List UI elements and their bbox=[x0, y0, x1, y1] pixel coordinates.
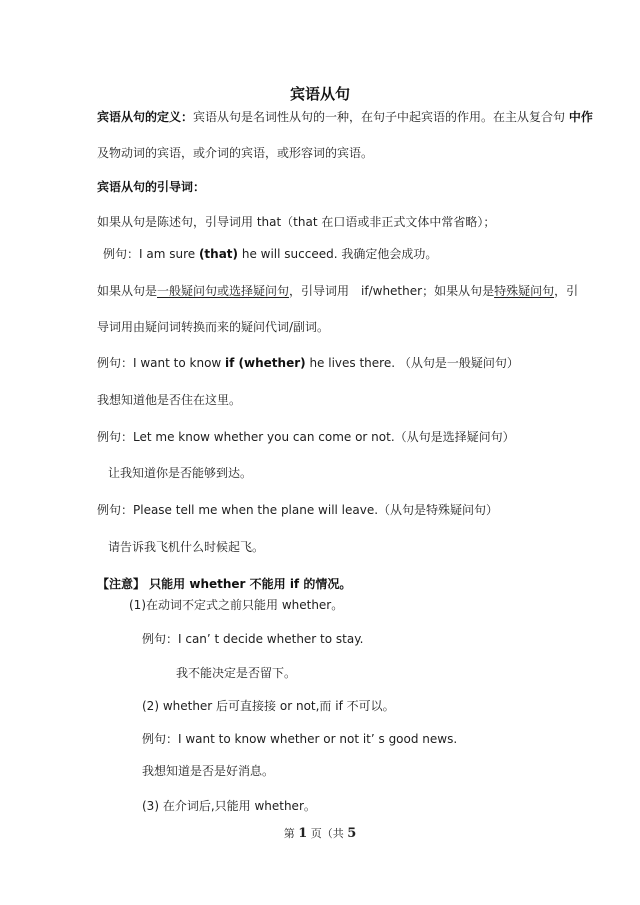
definition-label: 宾语从句的定义： bbox=[97, 110, 193, 124]
example-that: 例句：I am sure (that) he will succeed. 我确定… bbox=[103, 246, 437, 262]
example-if: 例句：I want to know if (whether) he lives … bbox=[97, 355, 519, 371]
rule-if-whether-line-1: 如果从句是一般疑问句或选择疑问句，引导词用 if/whether；如果从句是特殊… bbox=[97, 283, 578, 299]
intro-heading: 宾语从句的引导词： bbox=[97, 179, 205, 195]
footer-total-pages: 5 bbox=[347, 826, 356, 841]
note-rule-1: (1)在动词不定式之前只能用 whether。 bbox=[129, 597, 343, 613]
note-translation-1: 我不能决定是否留下。 bbox=[176, 665, 296, 681]
example-that-prefix: 例句：I am sure bbox=[103, 247, 199, 261]
note-rule-3: (3) 在介词后,只能用 whether。 bbox=[142, 798, 316, 814]
example-if-prefix: 例句：I want to know bbox=[97, 356, 225, 370]
document-title: 宾语从句 bbox=[0, 84, 640, 104]
rule-that: 如果从句是陈述句，引导词用 that（that 在口语或非正式文体中常省略）； bbox=[97, 214, 495, 230]
example-that-bold: (that) bbox=[199, 247, 238, 261]
definition-text: 宾语从句是名词性从句的一种，在句子中起宾语的作用。在主从复合句 bbox=[193, 110, 565, 124]
definition-bold-tail: 中作 bbox=[569, 110, 593, 124]
definition-line-2: 及物动词的宾语，或介词的宾语，或形容词的宾语。 bbox=[97, 145, 373, 161]
example-if-bold: if (whether) bbox=[225, 356, 306, 370]
note-example-1: 例句：I can’ t decide whether to stay. bbox=[142, 631, 363, 647]
example-if-suffix: he lives there. （从句是一般疑问句） bbox=[306, 356, 519, 370]
rule-part1: 如果从句是 bbox=[97, 284, 157, 298]
footer-page-number: 1 bbox=[298, 826, 307, 841]
document-page: 宾语从句 宾语从句的定义：宾语从句是名词性从句的一种，在句子中起宾语的作用。在主… bbox=[0, 0, 640, 905]
footer-middle: 页（共 bbox=[311, 827, 344, 840]
note-rule-2: (2) whether 后可直接接 or not,而 if 不可以。 bbox=[142, 698, 395, 714]
example-that-suffix: he will succeed. 我确定他会成功。 bbox=[238, 247, 437, 261]
rule-part3: ，引 bbox=[554, 284, 578, 298]
rule-underlined-special-question: 特殊疑问句 bbox=[494, 284, 554, 298]
page-footer: 第 1 页（共 5 bbox=[0, 826, 640, 842]
definition-line-1: 宾语从句的定义：宾语从句是名词性从句的一种，在句子中起宾语的作用。在主从复合句 … bbox=[97, 109, 593, 125]
example-whether: 例句：Let me know whether you can come or n… bbox=[97, 429, 515, 445]
rule-if-whether-line-2: 导词用由疑问词转换而来的疑问代词/副词。 bbox=[97, 319, 329, 335]
example-whether-translation: 让我知道你是否能够到达。 bbox=[108, 465, 252, 481]
note-heading: 【注意】 只能用 whether 不能用 if 的情况。 bbox=[97, 576, 351, 592]
example-if-translation: 我想知道他是否住在这里。 bbox=[97, 392, 241, 408]
rule-underlined-general-question: 一般疑问句或选择疑问句 bbox=[157, 284, 289, 298]
footer-prefix: 第 bbox=[284, 827, 295, 840]
note-example-2: 例句：I want to know whether or not it’ s g… bbox=[142, 731, 457, 747]
note-translation-2: 我想知道是否是好消息。 bbox=[142, 763, 274, 779]
example-when: 例句：Please tell me when the plane will le… bbox=[97, 502, 498, 518]
example-when-translation: 请告诉我飞机什么时候起飞。 bbox=[108, 539, 264, 555]
rule-part2: ，引导词用 if/whether；如果从句是 bbox=[289, 284, 494, 298]
